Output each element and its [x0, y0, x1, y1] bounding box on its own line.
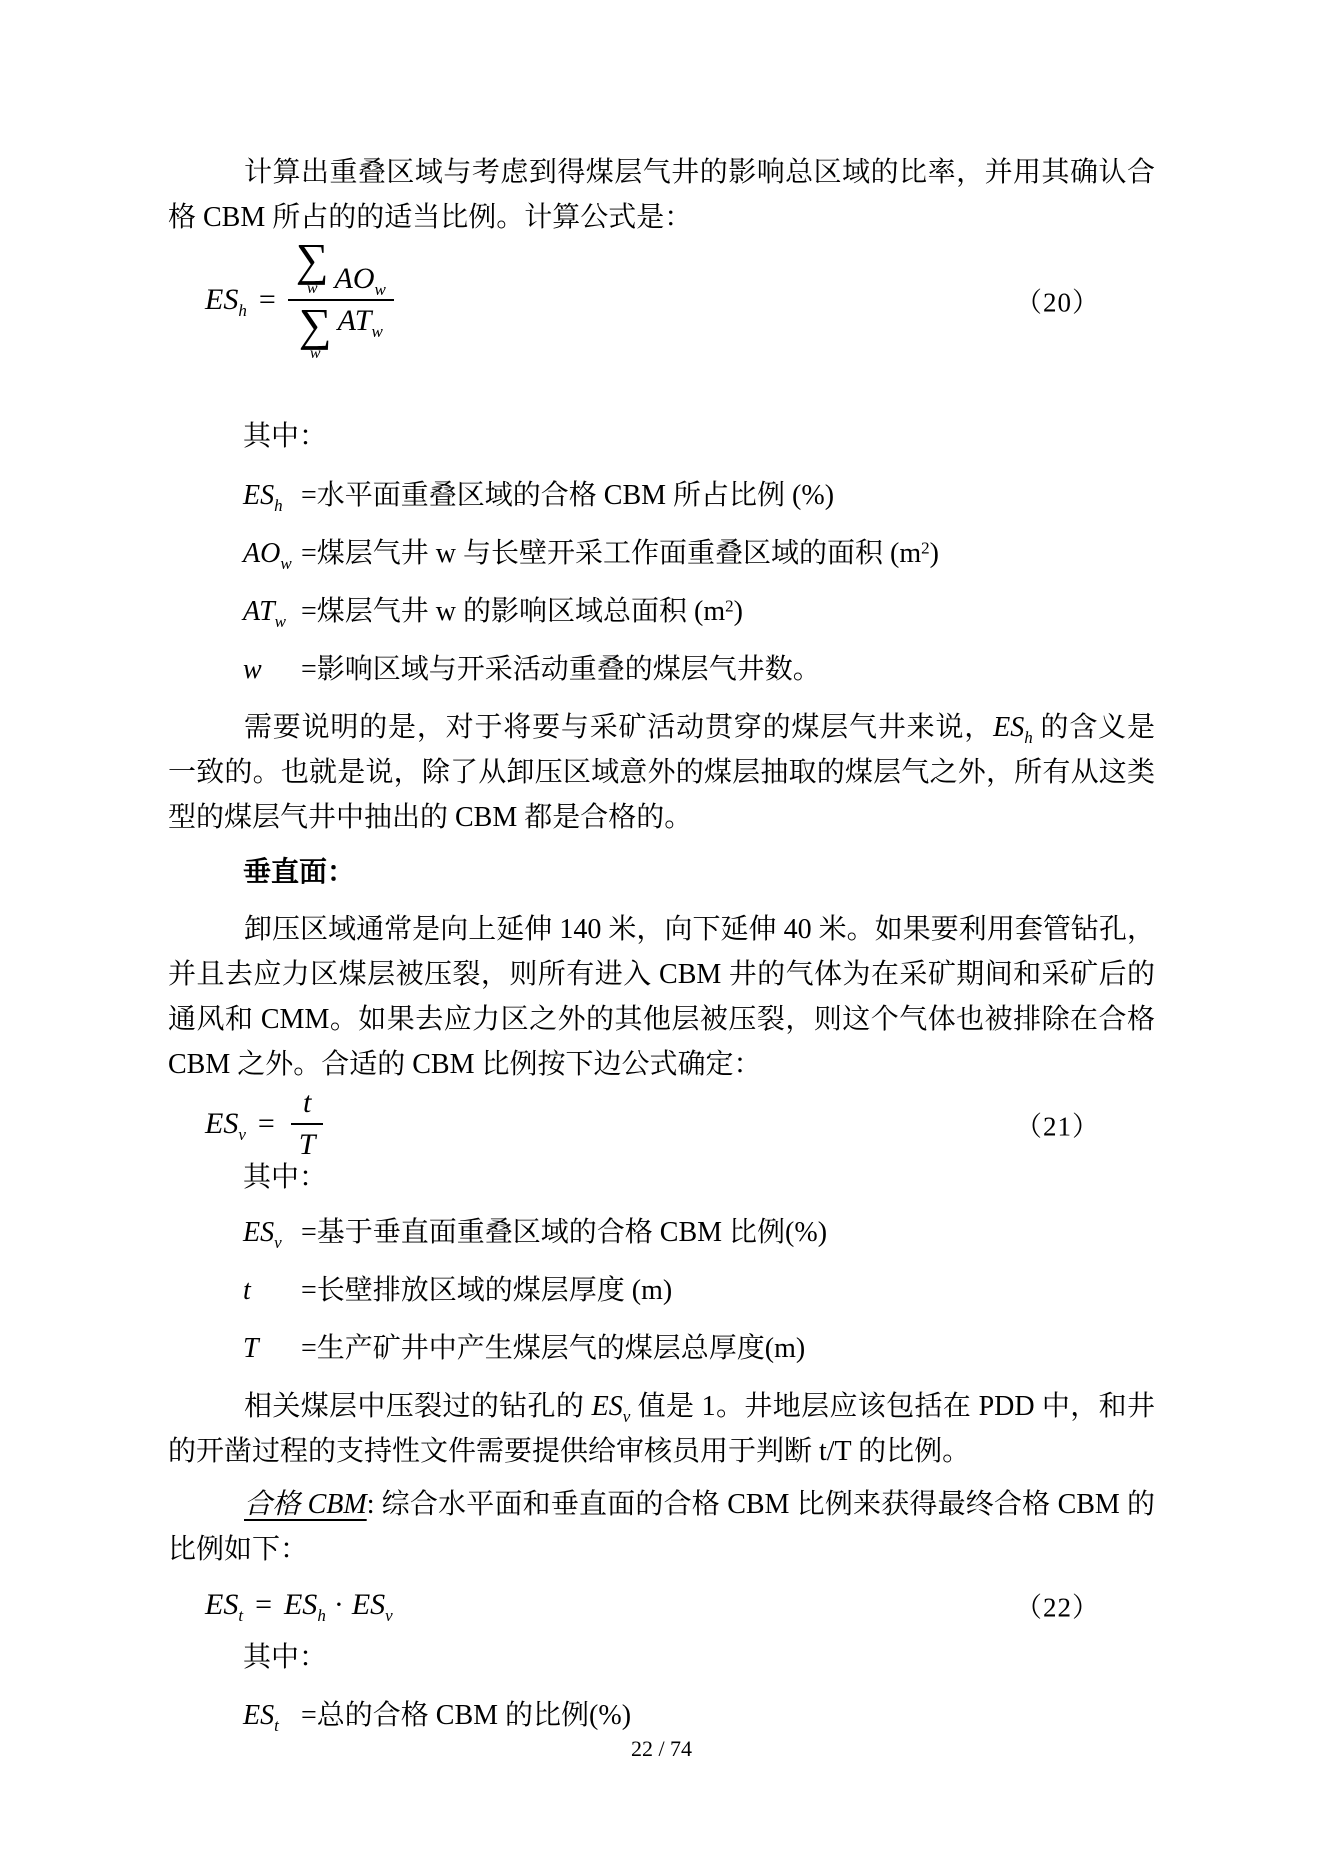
- fraction: t T: [287, 1086, 328, 1162]
- math-subscript: v: [385, 1605, 393, 1624]
- math-symbol: T: [243, 1333, 259, 1364]
- definition-term: w: [243, 647, 301, 692]
- math-subscript: v: [274, 1233, 282, 1252]
- fraction-denominator: T: [287, 1125, 328, 1162]
- math-symbol: ES: [592, 1391, 623, 1422]
- math-symbol: ES: [243, 1700, 274, 1731]
- equals-sign: =: [255, 1588, 272, 1622]
- math-symbol: ES: [993, 712, 1024, 743]
- math-subscript: h: [238, 301, 247, 320]
- equation-22: ESt = ESh · ESv （22）: [205, 1582, 1155, 1627]
- math-subscript: t: [274, 1716, 279, 1735]
- math-subscript: t: [238, 1605, 243, 1624]
- where-label: 其中：: [243, 1635, 1155, 1680]
- equation-lhs: ESv: [205, 1107, 246, 1141]
- math-subscript: h: [1024, 728, 1033, 747]
- definition-text: =长壁排放区域的煤层厚度 (m): [301, 1268, 1155, 1313]
- math-symbol: AO: [243, 538, 280, 569]
- superscript: 2: [725, 597, 734, 616]
- paragraph-vertical-intro: 卸压区域通常是向上延伸 140 米，向下延伸 40 米。如果要利用套管钻孔，并且…: [168, 907, 1155, 1087]
- definition-term: AOw: [243, 531, 301, 576]
- paragraph-horizontal-intro: 计算出重叠区域与考虑到得煤层气井的影响总区域的比率，并用其确认合格 CBM 所占…: [168, 150, 1155, 240]
- equation-lhs: ESh: [205, 283, 247, 317]
- fraction-numerator: ∑w AOw: [288, 239, 394, 301]
- definition-row: AOw =煤层气井 w 与长壁开采工作面重叠区域的面积 (m2): [243, 531, 1155, 576]
- definition-row: T =生产矿井中产生煤层气的煤层总厚度(m): [243, 1326, 1155, 1371]
- math-symbol: AO: [335, 262, 375, 295]
- equation-lhs: ESt: [205, 1588, 243, 1622]
- math-symbol: ES: [205, 1588, 238, 1621]
- math-term: ATw: [338, 304, 383, 338]
- definition-text: =影响区域与开采活动重叠的煤层气井数。: [301, 647, 1155, 692]
- math-subscript: w: [280, 554, 291, 573]
- equation-20: ESh = ∑w AOw ∑w ATw （20）: [205, 236, 1155, 364]
- definition-term: t: [243, 1268, 301, 1313]
- math-term: ESh: [284, 1588, 326, 1622]
- definition-text: =水平面重叠区域的合格 CBM 所占比例 (%): [301, 473, 1155, 518]
- definition-term: ESt: [243, 1693, 301, 1738]
- math-symbol: AT: [338, 304, 372, 337]
- definition-text: =总的合格 CBM 的比例(%): [301, 1693, 1155, 1738]
- math-subscript: h: [274, 496, 283, 515]
- math-subscript: v: [238, 1125, 246, 1144]
- underlined-lead: 合格 CBM: [244, 1489, 367, 1520]
- math-symbol: AT: [243, 596, 275, 627]
- definition-row: t =长壁排放区域的煤层厚度 (m): [243, 1268, 1155, 1313]
- math-subscript: w: [375, 280, 386, 299]
- math-subscript: h: [317, 1605, 326, 1624]
- document-page: 计算出重叠区域与考虑到得煤层气井的影响总区域的比率，并用其确认合格 CBM 所占…: [0, 0, 1323, 1871]
- paragraph-qualified-cbm: 合格 CBM: 综合水平面和垂直面的合格 CBM 比例来获得最终合格 CBM 的…: [168, 1482, 1155, 1572]
- fraction-numerator: t: [291, 1086, 323, 1125]
- math-symbol: ES: [284, 1588, 317, 1621]
- summation-symbol: ∑w: [296, 239, 329, 296]
- math-symbol: t: [303, 1086, 311, 1120]
- definition-row: w =影响区域与开采活动重叠的煤层气井数。: [243, 647, 1155, 692]
- math-term: AOw: [335, 262, 386, 296]
- definition-text: =煤层气井 w 与长壁开采工作面重叠区域的面积 (m2): [301, 531, 1155, 576]
- math-symbol: ES: [205, 1107, 238, 1140]
- math-symbol: T: [299, 1128, 316, 1162]
- sigma-index: w: [307, 281, 318, 296]
- document-content: 计算出重叠区域与考虑到得煤层气井的影响总区域的比率，并用其确认合格 CBM 所占…: [168, 0, 1155, 1751]
- paragraph-note-esv: 相关煤层中压裂过的钻孔的 ESv 值是 1。井地层应该包括在 PDD 中，和井的…: [168, 1384, 1155, 1474]
- math-symbol: t: [243, 1275, 251, 1306]
- equation-number: （20）: [1015, 281, 1100, 320]
- definition-text: =基于垂直面重叠区域的合格 CBM 比例(%): [301, 1210, 1155, 1255]
- where-label: 其中：: [243, 414, 1155, 459]
- definition-term: ESv: [243, 1210, 301, 1255]
- definition-row: ATw =煤层气井 w 的影响区域总面积 (m2): [243, 589, 1155, 634]
- definition-text: =煤层气井 w 的影响区域总面积 (m2): [301, 589, 1155, 634]
- definition-term: T: [243, 1326, 301, 1371]
- math-symbol: ES: [243, 480, 274, 511]
- math-symbol: ES: [243, 1217, 274, 1248]
- equals-sign: =: [258, 1107, 275, 1141]
- heading-vertical-plane: 垂直面：: [243, 850, 1155, 895]
- sigma-glyph: ∑: [299, 304, 332, 346]
- definition-row: ESh =水平面重叠区域的合格 CBM 所占比例 (%): [243, 473, 1155, 518]
- definition-text: =生产矿井中产生煤层气的煤层总厚度(m): [301, 1326, 1155, 1371]
- where-label: 其中：: [243, 1155, 1155, 1200]
- paragraph-note-esh: 需要说明的是，对于将要与采矿活动贯穿的煤层气井来说，ESh 的含义是一致的。也就…: [168, 705, 1155, 840]
- equation-21: ESv = t T （21）: [205, 1089, 1155, 1159]
- summation-symbol: ∑w: [299, 304, 332, 361]
- math-symbol: ES: [205, 283, 238, 316]
- equation-number: （21）: [1015, 1105, 1100, 1144]
- definition-row: ESv =基于垂直面重叠区域的合格 CBM 比例(%): [243, 1210, 1155, 1255]
- fraction: ∑w AOw ∑w ATw: [288, 239, 394, 361]
- math-subscript: w: [372, 322, 383, 341]
- math-subscript: w: [275, 612, 286, 631]
- definition-term: ATw: [243, 589, 301, 634]
- math-symbol: w: [243, 654, 262, 685]
- fraction-denominator: ∑w ATw: [299, 301, 383, 361]
- math-term: ESv: [352, 1588, 393, 1622]
- definition-row: ESt =总的合格 CBM 的比例(%): [243, 1693, 1155, 1738]
- multiplication-dot: ·: [334, 1588, 344, 1622]
- equation-number: （22）: [1015, 1585, 1100, 1624]
- definition-term: ESh: [243, 473, 301, 518]
- sigma-glyph: ∑: [296, 239, 329, 281]
- paragraph-text: 计算出重叠区域与考虑到得煤层气井的影响总区域的比率，并用其确认合格 CBM 所占…: [168, 157, 1155, 233]
- sigma-index: w: [310, 346, 321, 361]
- equals-sign: =: [259, 283, 276, 317]
- math-symbol: ES: [352, 1588, 385, 1621]
- page-number: 22 / 74: [0, 1736, 1323, 1762]
- superscript: 2: [921, 539, 930, 558]
